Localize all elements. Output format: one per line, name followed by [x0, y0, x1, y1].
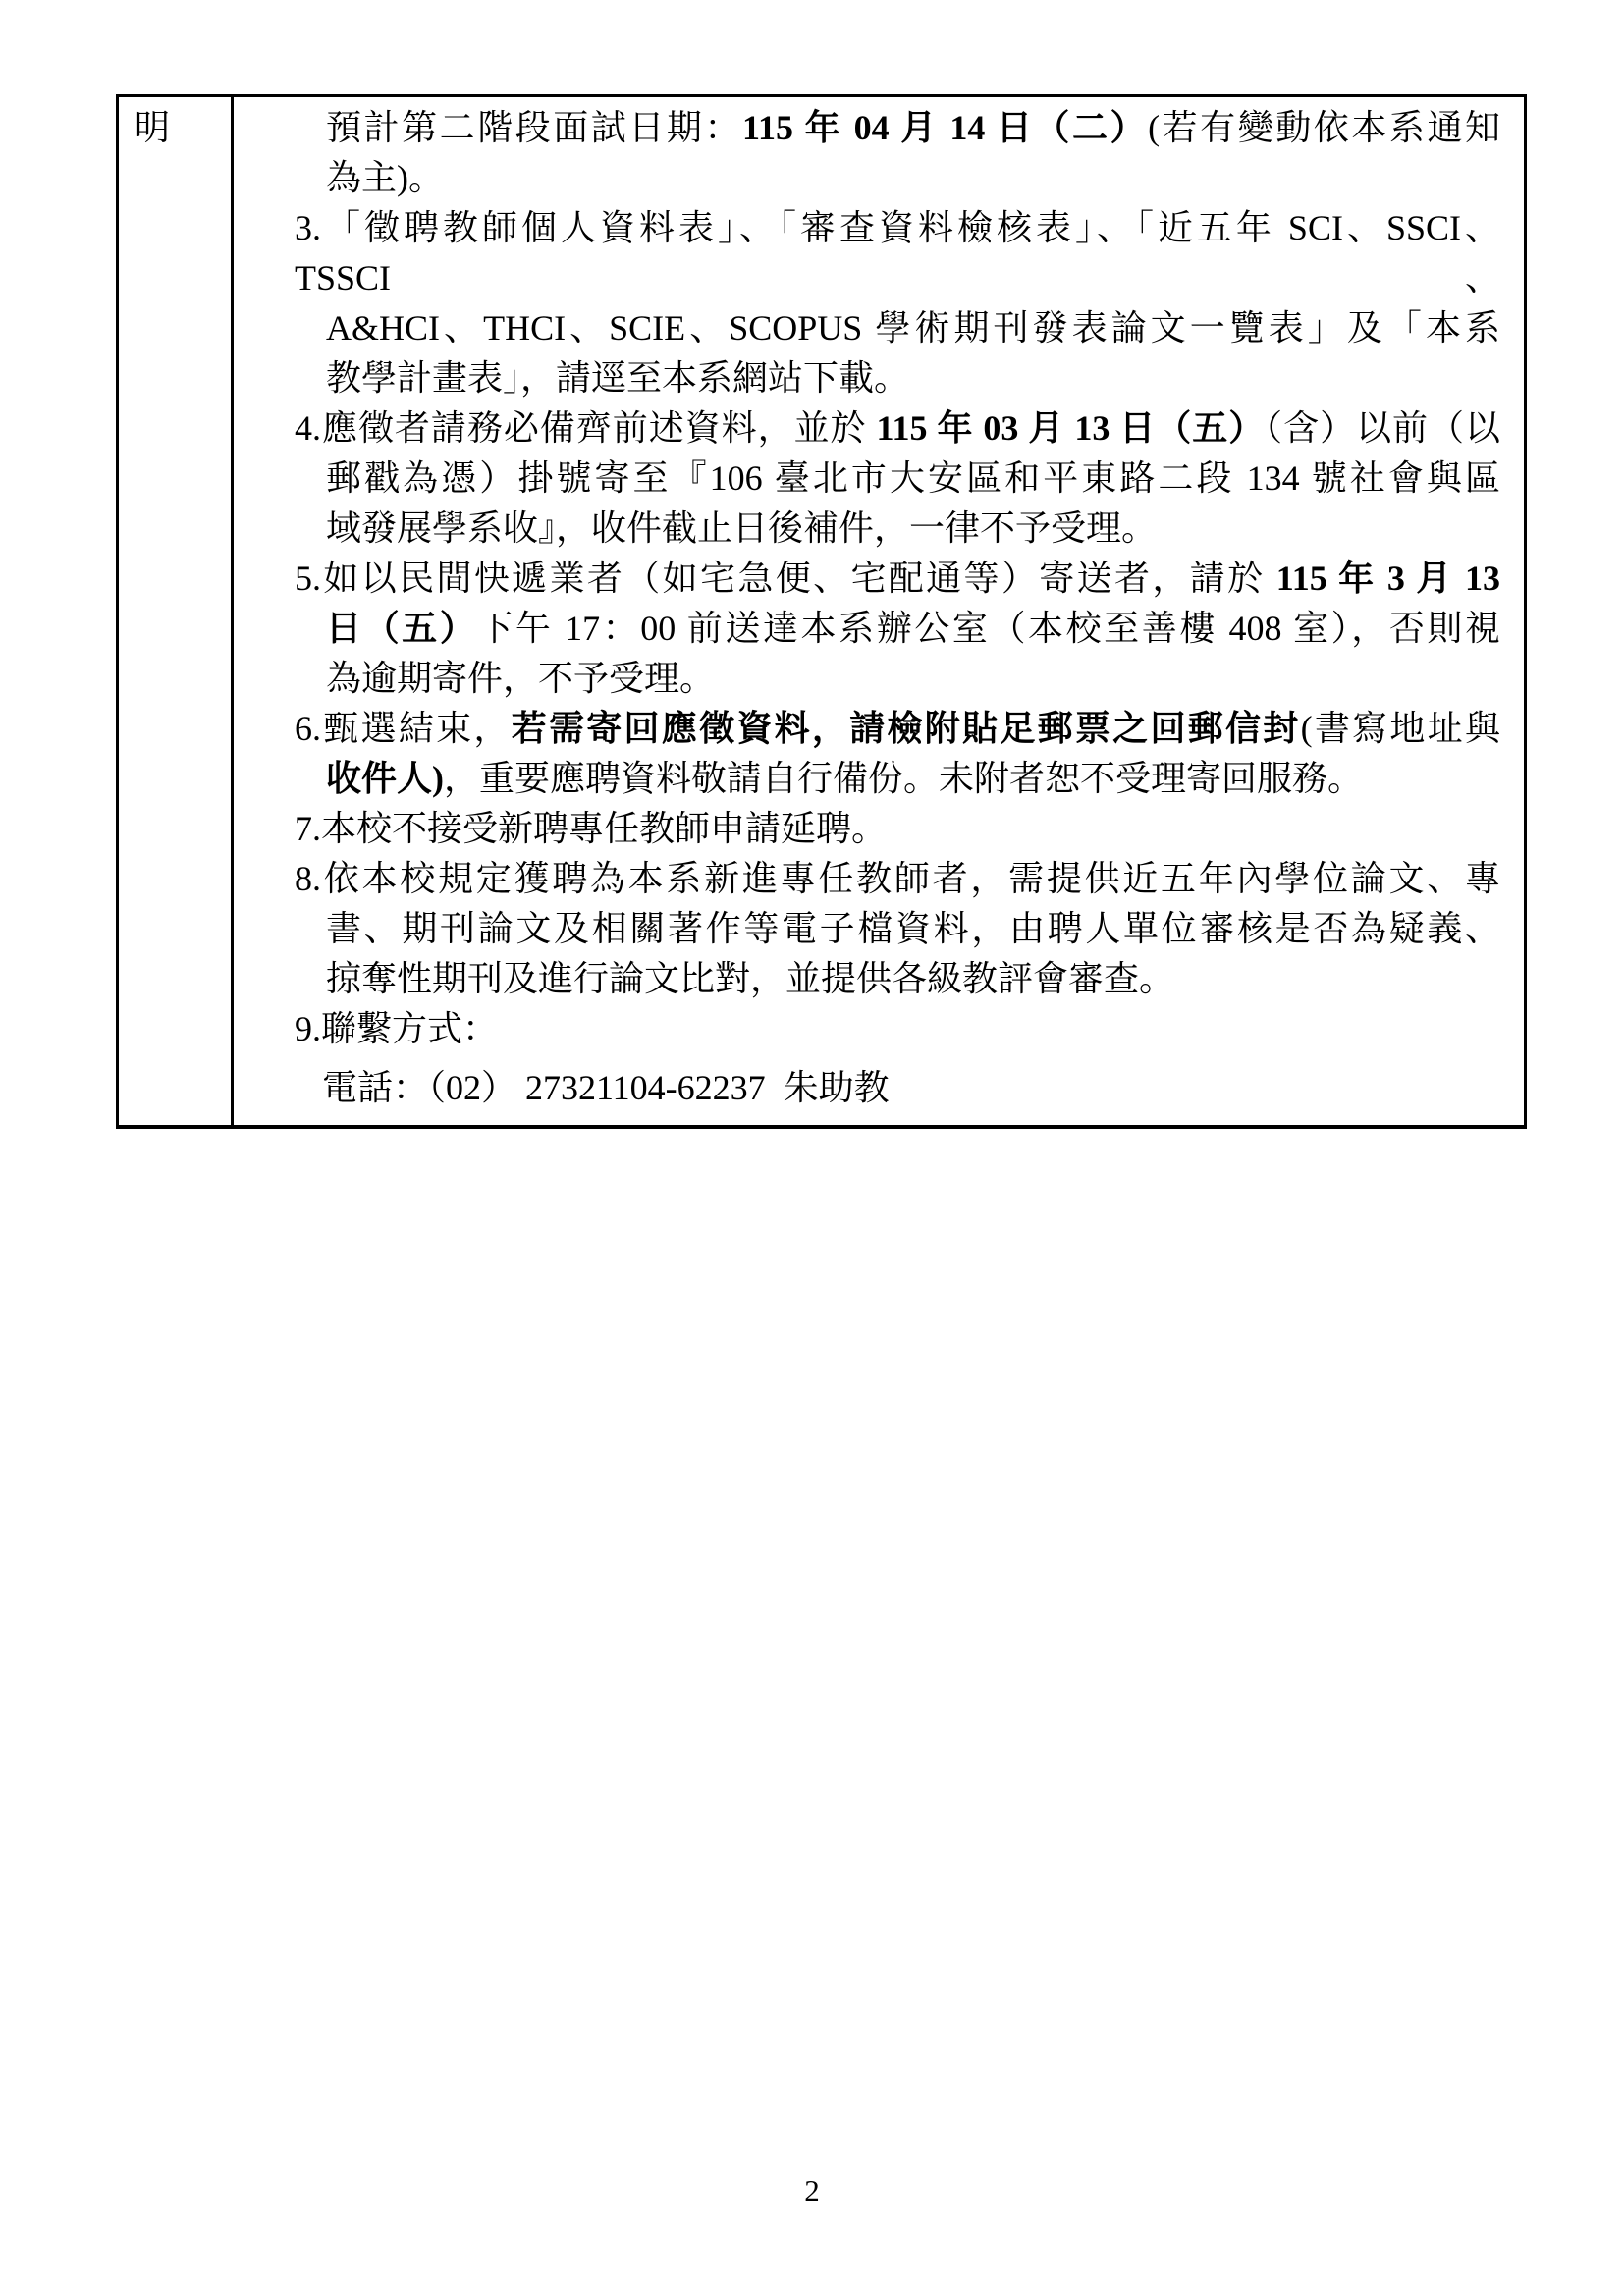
item-number: 5. [295, 559, 321, 598]
text-line: 收件人)，重要應聘資料敬請自行備份。未附者恕不受理寄回服務。 [234, 754, 1500, 804]
item-number: 9. [295, 1009, 321, 1048]
text-line: 電話：（02） 27321104-62237 朱助教 [234, 1063, 1500, 1113]
text-line: 6.甄選結束，若需寄回應徵資料，請檢附貼足郵票之回郵信封(書寫地址與 [234, 704, 1500, 754]
text-segment: 若需寄回應徵資料，請檢附貼足郵票之回郵信封 [512, 709, 1301, 748]
text-segment: 書、期刊論文及相關著作等電子檔資料，由聘人單位審核是否為疑義、 [326, 909, 1500, 948]
text-segment: （含）以前（以 [1265, 408, 1500, 448]
text-segment: 為逾期寄件，不予受理。 [326, 659, 715, 698]
text-line: 日（五）下午 17：00 前送達本系辦公室（本校至善樓 408 室），否則視 [234, 604, 1500, 654]
text-line: 8.依本校規定獲聘為本系新進專任教師者，需提供近五年內學位論文、專 [234, 854, 1500, 904]
text-segment: 預計第二階段面試日期： [326, 108, 742, 147]
text-line: 為主)。 [234, 153, 1500, 203]
text-line: 為逾期寄件，不予受理。 [234, 654, 1500, 704]
item-number: 6. [295, 709, 321, 748]
text-segment: 115 年 03 月 13 日（五） [876, 408, 1265, 448]
text-segment: 應徵者請務必備齊前述資料，並於 [321, 408, 876, 448]
info-table: 明 預計第二階段面試日期：115 年 04 月 14 日（二）(若有變動依本系通… [116, 94, 1527, 1129]
text-segment: 115 年 04 月 14 日（二） [742, 108, 1148, 147]
text-line: 域發展學系收』，收件截止日後補件，一律不予受理。 [234, 504, 1500, 554]
text-segment: 電話：（02） 27321104-62237 朱助教 [322, 1068, 890, 1107]
text-segment: 域發展學系收』，收件截止日後補件，一律不予受理。 [326, 508, 1157, 548]
text-line: 書、期刊論文及相關著作等電子檔資料，由聘人單位審核是否為疑義、 [234, 904, 1500, 954]
text-segment: 如以民間快遞業者（如宅急便、宅配通等）寄送者，請於 [321, 559, 1276, 598]
text-line: 掠奪性期刊及進行論文比對，並提供各級教評會審查。 [234, 954, 1500, 1004]
text-line: 9.聯繫方式： [234, 1004, 1500, 1054]
row-label: 明 [135, 108, 170, 147]
text-segment: 掠奪性期刊及進行論文比對，並提供各級教評會審查。 [326, 959, 1174, 998]
text-segment: (書寫地址與 [1301, 709, 1500, 748]
text-segment: 下午 17：00 前送達本系辦公室（本校至善樓 408 室），否則視 [477, 609, 1500, 648]
text-segment: 115 年 3 月 13 [1276, 559, 1500, 598]
item-number: 8. [295, 859, 321, 898]
text-segment: 收件人) [326, 759, 444, 798]
text-line: 7.本校不接受新聘專任教師申請延聘。 [234, 804, 1500, 854]
item-number: 3. [295, 208, 321, 247]
text-line: 本系網址：https://social.ntue.edu.tw/ [234, 1122, 1500, 1125]
text-segment: ，重要應聘資料敬請自行備份。未附者恕不受理寄回服務。 [444, 759, 1363, 798]
text-segment: 郵戳為憑）掛號寄至『106 臺北市大安區和平東路二段 134 號社會與區 [326, 458, 1500, 498]
text-segment: A&HCI、THCI、SCIE、SCOPUS 學術期刊發表論文一覽表」及「本系 [326, 308, 1500, 347]
page-number: 2 [0, 2171, 1624, 2211]
text-segment: 「徵聘教師個人資料表」、「審查資料檢核表」、「近五年 SCI、SSCI、TSSC… [295, 208, 1500, 297]
item-number: 4. [295, 408, 321, 448]
text-line: 3.「徵聘教師個人資料表」、「審查資料檢核表」、「近五年 SCI、SSCI、TS… [234, 203, 1500, 303]
text-segment: 聯繫方式： [321, 1009, 498, 1048]
text-line: 郵戳為憑）掛號寄至『106 臺北市大安區和平東路二段 134 號社會與區 [234, 454, 1500, 504]
text-line: 教學計畫表」，請逕至本系網站下載。 [234, 353, 1500, 403]
table-content-lines: 預計第二階段面試日期：115 年 04 月 14 日（二）(若有變動依本系通知為… [234, 97, 1524, 1125]
text-line: A&HCI、THCI、SCIE、SCOPUS 學術期刊發表論文一覽表」及「本系 [234, 303, 1500, 353]
text-segment: 甄選結束， [321, 709, 512, 748]
text-line: 預計第二階段面試日期：115 年 04 月 14 日（二）(若有變動依本系通知 [234, 103, 1500, 153]
text-line: 4.應徵者請務必備齊前述資料，並於 115 年 03 月 13 日（五）（含）以… [234, 403, 1500, 454]
text-line: 5.如以民間快遞業者（如宅急便、宅配通等）寄送者，請於 115 年 3 月 13 [234, 554, 1500, 604]
text-segment: 日（五） [326, 609, 477, 648]
text-segment: 本校不接受新聘專任教師申請延聘。 [321, 809, 887, 848]
item-number: 7. [295, 809, 321, 848]
text-segment: 依本校規定獲聘為本系新進專任教師者，需提供近五年內學位論文、專 [321, 859, 1500, 898]
document-page: 明 預計第二階段面試日期：115 年 04 月 14 日（二）(若有變動依本系通… [0, 0, 1624, 2296]
text-segment: 為主)。 [326, 158, 444, 197]
text-segment: (若有變動依本系通知 [1148, 108, 1500, 147]
text-segment: 教學計畫表」，請逕至本系網站下載。 [326, 358, 909, 398]
row-label-cell: 明 [119, 97, 234, 1125]
